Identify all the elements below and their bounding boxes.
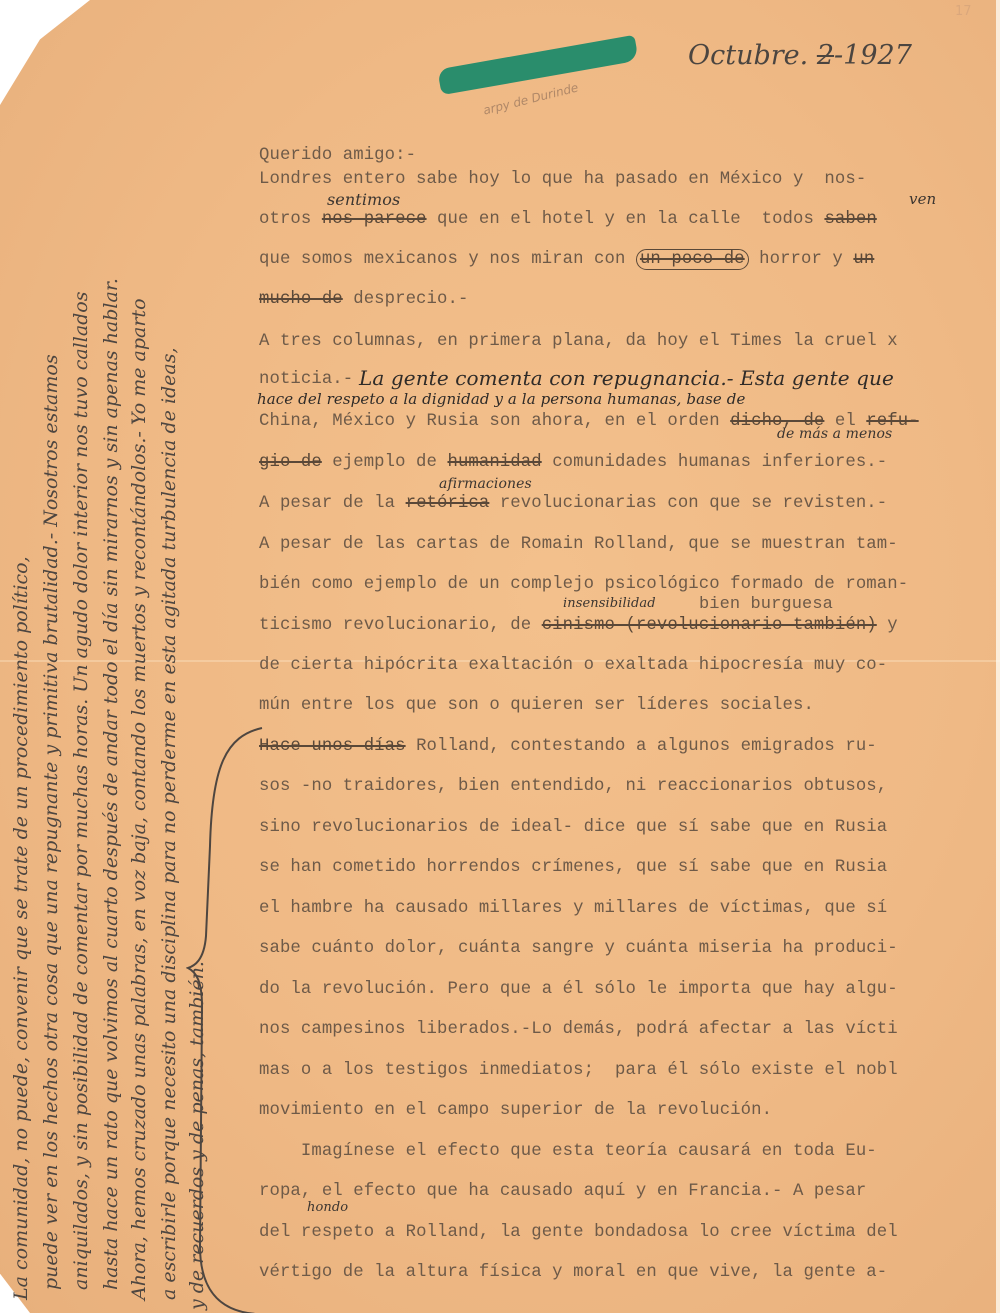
text-line: del respeto a Rolland, la gente bondados…: [259, 1223, 898, 1243]
margin-line: aniquilados, y sin posibilidad de coment…: [70, 291, 92, 1290]
text-line: vértigo de la altura física y moral en q…: [259, 1263, 887, 1283]
margin-line: hasta hace un rato que volvimos al cuart…: [100, 278, 122, 1290]
margin-line: a escribirle porque necesito una discipl…: [158, 347, 180, 1300]
text-line: A tres columnas, en primera plana, da ho…: [259, 332, 898, 352]
struck-text: nos parece: [322, 210, 427, 229]
insertion-de-mas-a-menos: de más a menos: [777, 426, 892, 442]
date-struck: 2: [817, 40, 834, 71]
insertion-afirmaciones: afirmaciones: [439, 476, 532, 492]
text-line: el hambre ha causado millares y millares…: [259, 899, 887, 919]
text-line: sabe cuánto dolor, cuánta sangre y cuánt…: [259, 939, 898, 959]
struck-text: humanidad: [447, 453, 541, 472]
text-line: sos -no traidores, bien entendido, ni re…: [259, 777, 887, 797]
text-line: otros nos parece que en el hotel y en la…: [259, 210, 877, 230]
struck-text: saben: [824, 210, 876, 229]
text-line: A pesar de las cartas de Romain Rolland,…: [259, 535, 898, 555]
insertion-bien-burguesa: bien burguesa: [699, 595, 833, 615]
margin-line: La comunidad, no puede, convenir que se …: [10, 556, 32, 1300]
text-line: Londres entero sabe hoy lo que ha pasado…: [259, 170, 866, 190]
text-line: do la revolución. Pero que a él sólo le …: [259, 980, 898, 1000]
text-line: Hace unos días Rolland, contestando a al…: [259, 737, 877, 757]
paper-edge: [996, 0, 1000, 1313]
struck-text: un: [853, 250, 874, 269]
struck-text: Hace unos días: [259, 737, 406, 756]
insertion-hondo: hondo: [307, 1200, 348, 1215]
margin-line: puede ver en los hechos otra cosa que un…: [40, 354, 62, 1290]
text-line: nos campesinos liberados.-Lo demás, podr…: [259, 1020, 898, 1040]
salutation: Querido amigo:-: [259, 146, 416, 166]
handwritten-line: La gente comenta con repugnancia.- Esta …: [359, 366, 894, 390]
margin-line: Ahora, hemos cruzado unas palabras, en v…: [128, 298, 150, 1300]
corner-archive-mark: 17: [955, 4, 972, 19]
letter-date: Octubre. 2-1927: [688, 40, 912, 71]
circled-struck-text: un poco de: [636, 249, 749, 270]
text-line: mucho de desprecio.-: [259, 290, 468, 310]
text-line: de cierta hipócrita exaltación o exaltad…: [259, 656, 887, 676]
struck-text: retórica: [406, 494, 490, 513]
handwritten-line: hace del respeto a la dignidad y a la pe…: [257, 390, 745, 408]
date-prefix: Octubre.: [688, 40, 817, 71]
insertion-bracket: [186, 726, 266, 1313]
text-line: que somos mexicanos y nos miran con un p…: [259, 250, 874, 270]
text-line: mún entre los que son o quieren ser líde…: [259, 696, 814, 716]
text-line: mas o a los testigos inmediatos; para él…: [259, 1061, 898, 1081]
insertion-sentimos: sentimos: [327, 190, 400, 209]
text-line: se han cometido horrendos crímenes, que …: [259, 858, 887, 878]
text-line: ticismo revolucionario, de cinismo (revo…: [259, 616, 898, 636]
date-year: 27: [878, 40, 912, 71]
struck-text: gio de: [259, 453, 322, 472]
struck-text: cinismo (revolucionario también): [542, 616, 877, 635]
text-line: ropa, el efecto que ha causado aquí y en…: [259, 1182, 866, 1202]
text-line: A pesar de la retórica revolucionarias c…: [259, 494, 887, 514]
text-line: movimiento en el campo superior de la re…: [259, 1101, 772, 1121]
insertion-insensibilidad: insensibilidad: [563, 596, 656, 611]
text-line: noticia.-: [259, 370, 353, 390]
insertion-ven: ven: [909, 190, 936, 208]
text-line: gio de ejemplo de humanidad comunidades …: [259, 453, 887, 473]
text-line: Imagínese el efecto que esta teoría caus…: [259, 1142, 877, 1162]
text-line: sino revolucionarios de ideal- dice que …: [259, 818, 887, 838]
date-rest: -19: [834, 40, 877, 71]
text-line: bién como ejemplo de un complejo psicoló…: [259, 575, 908, 595]
struck-text: mucho de: [259, 290, 343, 309]
